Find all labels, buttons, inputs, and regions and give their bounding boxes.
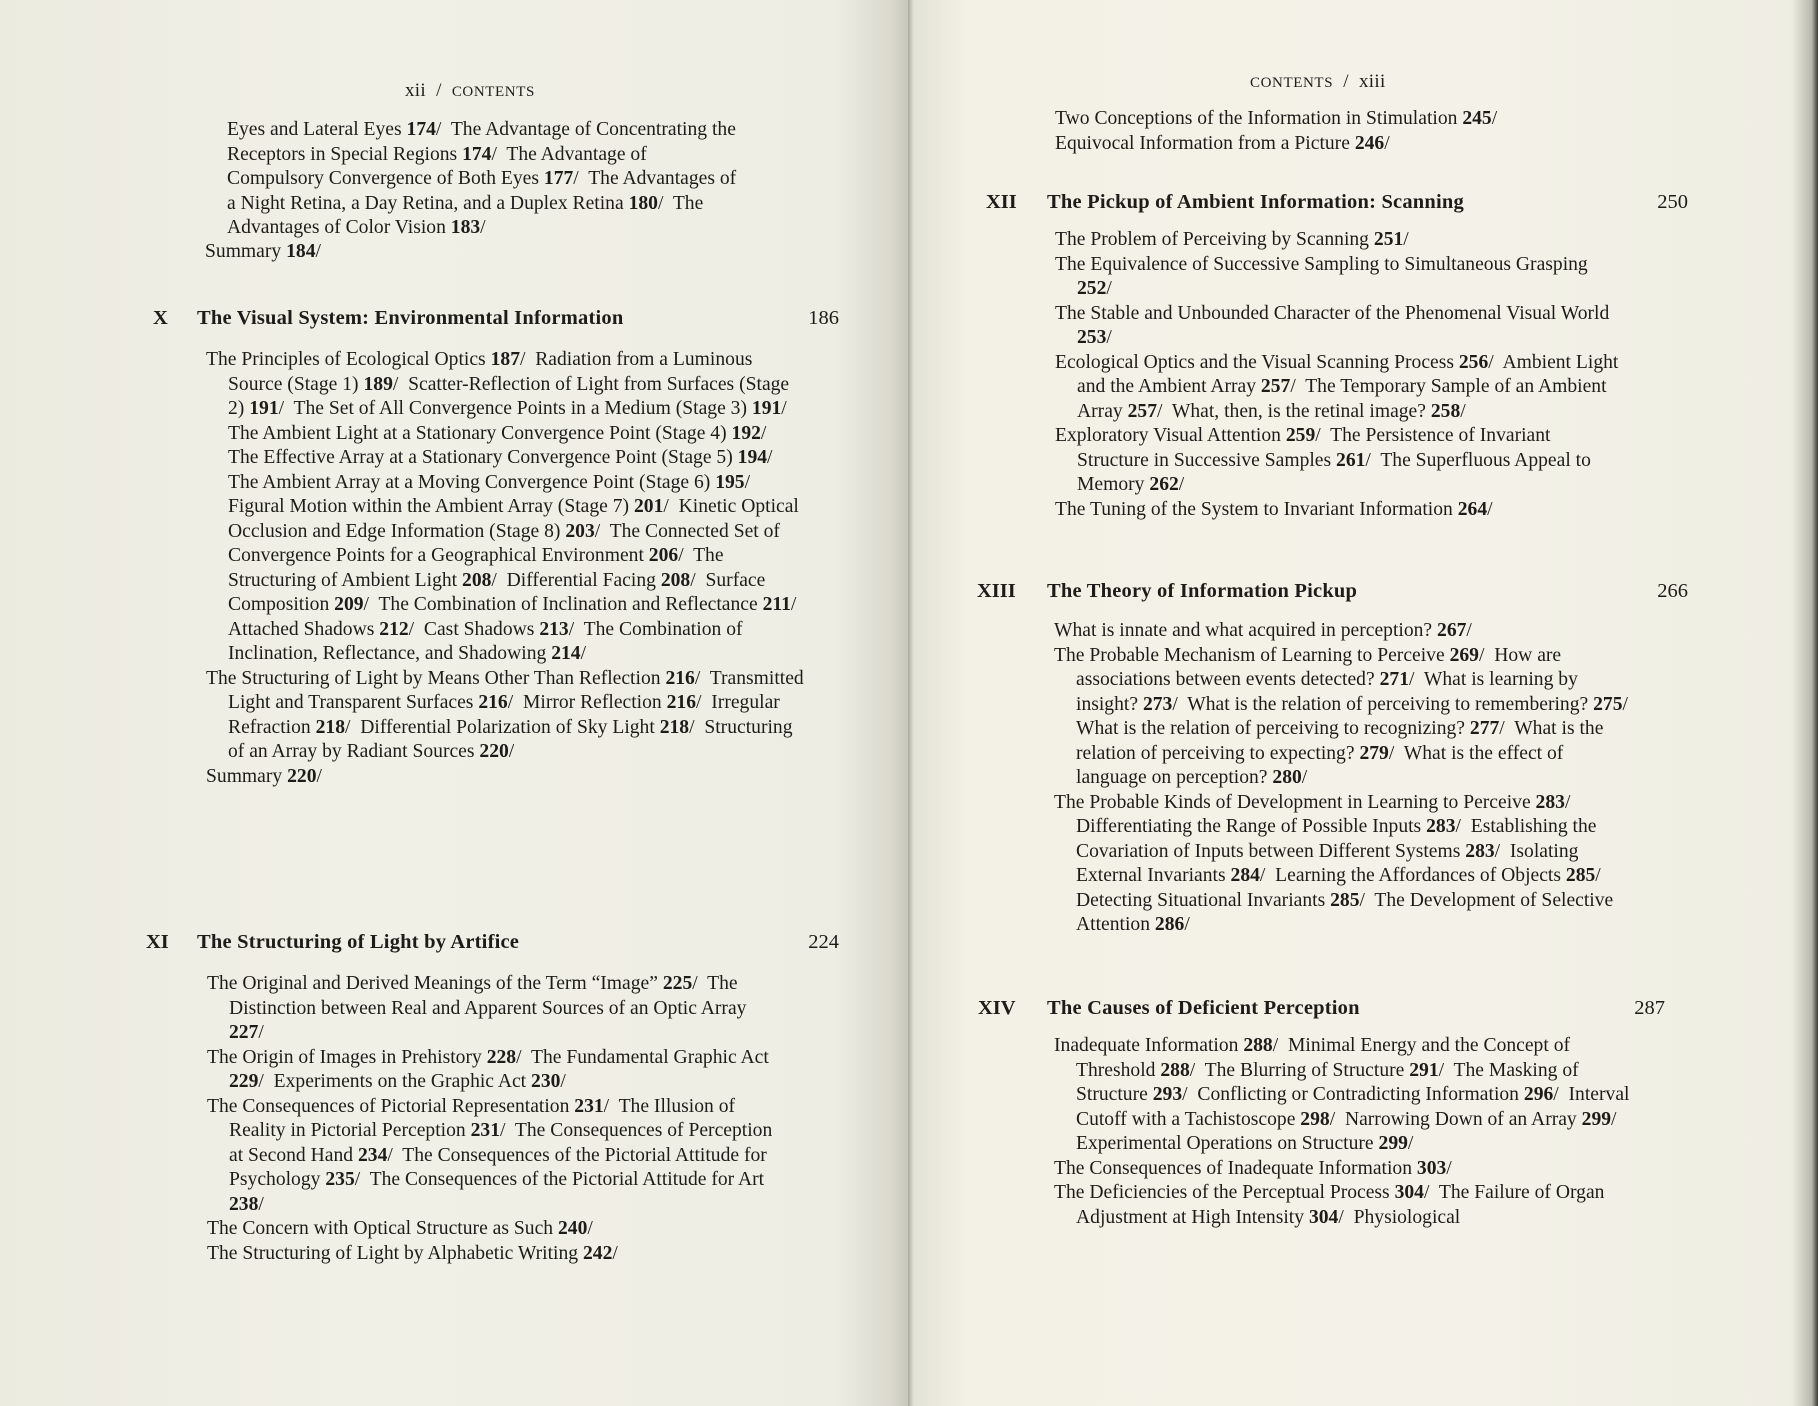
toc-entry[interactable]: Inadequate Information 288/ Minimal Ener… bbox=[1054, 1034, 1634, 1157]
toc-entry[interactable]: The Structuring of Light by Alphabetic W… bbox=[207, 1242, 787, 1267]
chapter-heading-xiv[interactable]: XIV The Causes of Deficient Perception 2… bbox=[978, 997, 1360, 1020]
chapter-numeral: XIV bbox=[978, 997, 1047, 1020]
toc-entry-text: Eyes and Lateral Eyes 174/ The Advantage… bbox=[227, 119, 736, 238]
toc-entry[interactable]: The Equivalence of Successive Sampling t… bbox=[1055, 253, 1625, 302]
chapter-page: 287 bbox=[1630, 997, 1665, 1020]
toc-entry[interactable]: The Concern with Optical Structure as Su… bbox=[207, 1217, 787, 1242]
running-head-label: CONTENTS bbox=[1250, 75, 1333, 91]
toc-entry-text: Summary 184/ bbox=[205, 240, 745, 265]
continued-entry-block: Eyes and Lateral Eyes 174/ The Advantage… bbox=[205, 118, 745, 241]
right-running-head: CONTENTS / xiii bbox=[1250, 71, 1386, 93]
toc-entry[interactable]: Equivocal Information from a Picture 246… bbox=[1055, 132, 1615, 157]
running-head-label: CONTENTS bbox=[452, 84, 535, 100]
chapter-numeral: XI bbox=[146, 931, 197, 954]
chapter-title: The Pickup of Ambient Information: Scann… bbox=[1047, 191, 1464, 214]
continued-entries: Two Conceptions of the Information in St… bbox=[1055, 107, 1615, 156]
chapter-page: 224 bbox=[804, 931, 839, 954]
toc-entry[interactable]: The Principles of Ecological Optics 187/… bbox=[206, 348, 806, 667]
toc-entry[interactable]: The Stable and Unbounded Character of th… bbox=[1055, 302, 1625, 351]
folio: xiii bbox=[1359, 71, 1386, 92]
chapter-numeral: XII bbox=[986, 191, 1047, 214]
chapter-heading-x[interactable]: X The Visual System: Environmental Infor… bbox=[153, 307, 623, 330]
toc-entry[interactable]: The Consequences of Pictorial Representa… bbox=[207, 1095, 787, 1218]
chapter-xi-entries: The Original and Derived Meanings of the… bbox=[207, 972, 787, 1266]
chapter-heading-xiii[interactable]: XIII The Theory of Information Pickup 26… bbox=[977, 580, 1357, 603]
toc-entry[interactable]: The Structuring of Light by Means Other … bbox=[206, 667, 806, 765]
toc-entry[interactable]: The Deficiencies of the Perceptual Proce… bbox=[1054, 1181, 1634, 1230]
folio: xii bbox=[405, 80, 426, 101]
chapter-title: The Visual System: Environmental Informa… bbox=[197, 307, 623, 330]
toc-entry[interactable]: The Origin of Images in Prehistory 228/ … bbox=[207, 1046, 787, 1095]
toc-entry[interactable]: Exploratory Visual Attention 259/ The Pe… bbox=[1055, 424, 1625, 498]
toc-entry[interactable]: The Consequences of Inadequate Informati… bbox=[1054, 1157, 1634, 1182]
chapter-title: The Structuring of Light by Artifice bbox=[197, 931, 519, 954]
toc-entry[interactable]: The Original and Derived Meanings of the… bbox=[207, 972, 787, 1046]
left-running-head: xii / CONTENTS bbox=[405, 80, 535, 102]
toc-entry[interactable]: The Problem of Perceiving by Scanning 25… bbox=[1055, 228, 1625, 253]
chapter-page: 266 bbox=[1653, 580, 1688, 603]
toc-entry[interactable]: The Probable Mechanism of Learning to Pe… bbox=[1054, 644, 1634, 791]
toc-entry[interactable]: The Probable Kinds of Development in Lea… bbox=[1054, 791, 1634, 938]
chapter-title: The Theory of Information Pickup bbox=[1047, 580, 1357, 603]
continued-summary: Summary 184/ bbox=[205, 240, 745, 265]
chapter-page: 186 bbox=[804, 307, 839, 330]
chapter-xiv-entries: Inadequate Information 288/ Minimal Ener… bbox=[1054, 1034, 1634, 1230]
toc-entry[interactable]: What is innate and what acquired in perc… bbox=[1054, 619, 1634, 644]
chapter-heading-xii[interactable]: XII The Pickup of Ambient Information: S… bbox=[986, 191, 1464, 214]
chapter-heading-xi[interactable]: XI The Structuring of Light by Artifice … bbox=[146, 931, 519, 954]
toc-entry[interactable]: Ecological Optics and the Visual Scannin… bbox=[1055, 351, 1625, 425]
chapter-page: 250 bbox=[1653, 191, 1688, 214]
toc-entry: Eyes and Lateral Eyes 174/ The Advantage… bbox=[205, 118, 745, 241]
chapter-numeral: XIII bbox=[977, 580, 1047, 603]
chapter-xii-entries: The Problem of Perceiving by Scanning 25… bbox=[1055, 228, 1625, 522]
toc-entry[interactable]: Two Conceptions of the Information in St… bbox=[1055, 107, 1615, 132]
chapter-numeral: X bbox=[153, 307, 197, 330]
chapter-xiii-entries: What is innate and what acquired in perc… bbox=[1054, 619, 1634, 938]
toc-entry[interactable]: Summary 220/ bbox=[206, 765, 806, 790]
chapter-x-entries: The Principles of Ecological Optics 187/… bbox=[206, 348, 806, 789]
toc-entry[interactable]: The Tuning of the System to Invariant In… bbox=[1055, 498, 1625, 523]
chapter-title: The Causes of Deficient Perception bbox=[1047, 997, 1360, 1020]
